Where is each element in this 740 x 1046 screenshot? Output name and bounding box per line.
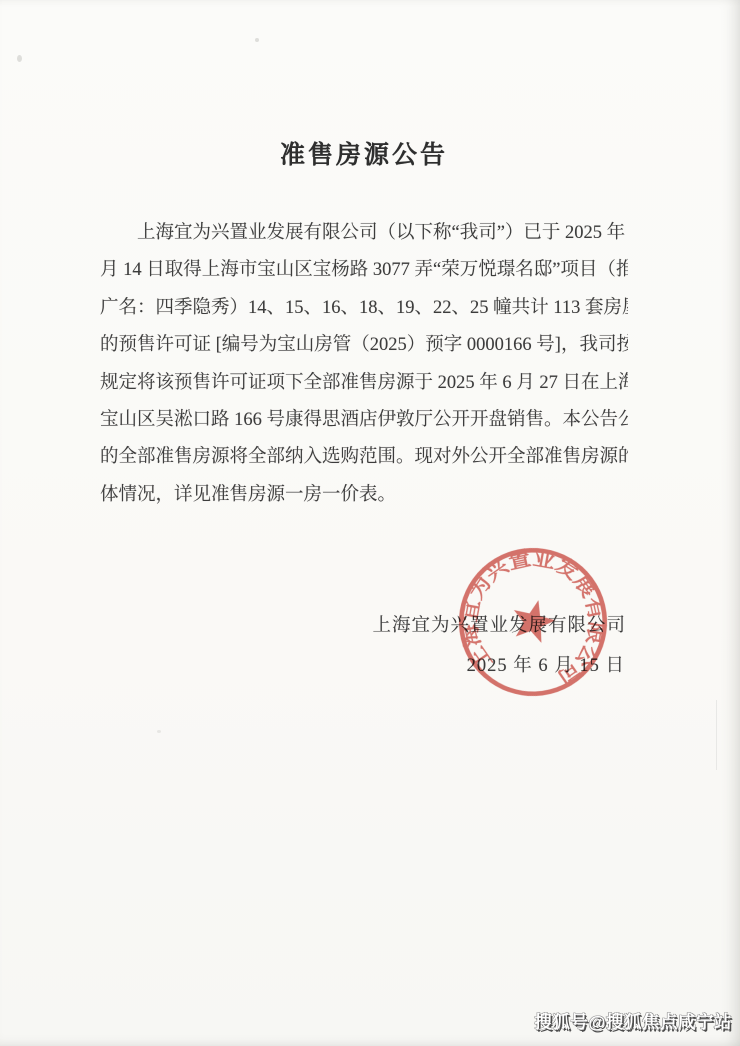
notice-title: 准售房源公告 [100, 135, 628, 171]
body-line-4: 的预售许可证 [编号为宝山房管（2025）预字 0000166 号]，我司按 [100, 327, 628, 364]
notice-body: 上海宜为兴置业发展有限公司（以下称“我司”）已于 2025 年 6 月 14 日… [100, 215, 628, 514]
signature-company: 上海宜为兴置业发展有限公司 [372, 611, 626, 637]
scan-scratch [716, 700, 717, 770]
body-line-5: 规定将该预售许可证项下全部准售房源于 2025 年 6 月 27 日在上海市 [100, 365, 628, 402]
body-line-7: 的全部准售房源将全部纳入选购范围。现对外公开全部准售房源的具 [100, 439, 628, 476]
body-line-6: 宝山区吴淞口路 166 号康得思酒店伊敦厅公开开盘销售。本公告公示 [100, 402, 628, 439]
signature-date: 2025 年 6 月 15 日 [467, 651, 625, 677]
scan-speck [17, 55, 22, 62]
body-line-1: 上海宜为兴置业发展有限公司（以下称“我司”）已于 2025 年 6 [100, 215, 628, 252]
body-line-8: 体情况，详见准售房源一房一价表。 [100, 477, 628, 514]
body-line-3: 广名：四季隐秀）14、15、16、18、19、22、25 幢共计 113 套房屋 [100, 290, 628, 327]
sohu-watermark: 搜狐号@搜狐焦点咸宁站 [534, 1009, 732, 1034]
body-line-2: 月 14 日取得上海市宝山区宝杨路 3077 弄“荣万悦璟名邸”项目（推 [100, 252, 628, 289]
scan-speck [255, 38, 259, 42]
scan-speck [157, 730, 161, 733]
scanned-notice-page: 准售房源公告 上海宜为兴置业发展有限公司（以下称“我司”）已于 2025 年 6… [0, 0, 740, 1046]
